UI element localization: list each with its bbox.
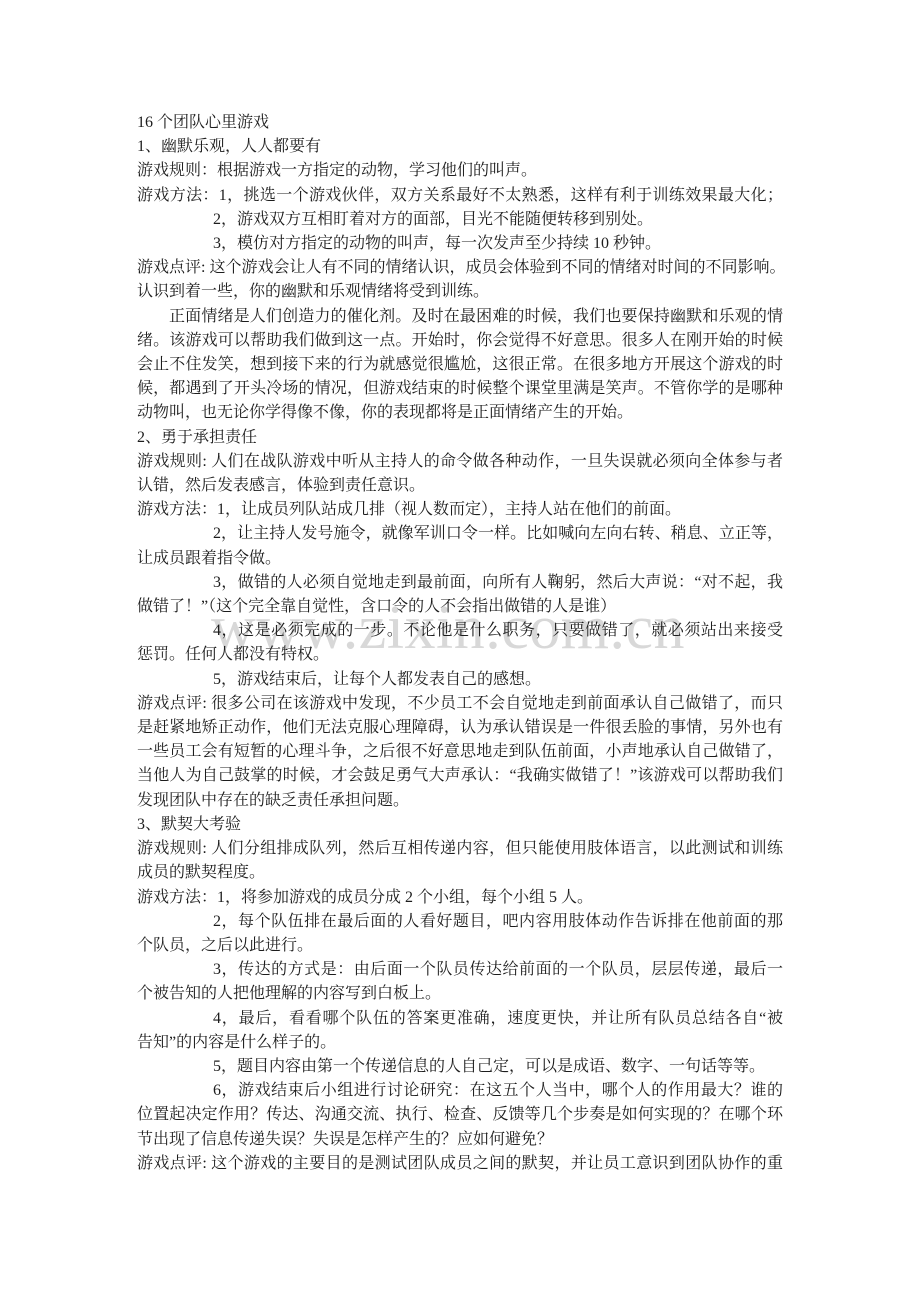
text-line: 4，这是必须完成的一步。不论他是什么职务，只要做错了，就必须站出来接受: [137, 619, 783, 643]
text-line: 游戏方法：1，挑选一个游戏伙伴，双方关系最好不太熟悉，这样有利于训练效果最大化；: [137, 184, 783, 208]
text-line: 正面情绪是人们创造力的催化剂。及时在最困难的时候，我们也要保持幽默和乐观的情: [137, 305, 783, 329]
text-line: 3，传达的方式是：由后面一个队员传达给前面的一个队员，层层传递，最后一: [137, 958, 783, 982]
text-line: 会止不住发笑，想到接下来的行为就感觉很尴尬，这很正常。在很多地方开展这个游戏的时: [137, 353, 783, 377]
text-line: 告知”的内容是什么样子的。: [137, 1031, 783, 1055]
text-line: 认错，然后发表感言，体验到责任意识。: [137, 474, 783, 498]
text-line: 当他人为自己鼓掌的时候，才会鼓足勇气大声承认：“我确实做错了！”该游戏可以帮助我…: [137, 764, 783, 788]
text-line: 2，游戏双方互相盯着对方的面部，目光不能随便转移到别处。: [137, 208, 783, 232]
text-line: 节出现了信息传递失误？失误是怎样产生的？应如何避免？: [137, 1128, 783, 1152]
text-line: 6，游戏结束后小组进行讨论研究：在这五个人当中，哪个人的作用最大？谁的: [137, 1079, 783, 1103]
text-line: 游戏规则: 人们在战队游戏中听从主持人的命令做各种动作，一旦失误就必须向全体参与…: [137, 450, 783, 474]
text-line: 发现团队中存在的缺乏责任承担问题。: [137, 789, 783, 813]
text-line: 惩罚。任何人都没有特权。: [137, 643, 783, 667]
text-line: 游戏规则: 人们分组排成队列，然后互相传递内容，但只能使用肢体语言，以此测试和训…: [137, 837, 783, 861]
text-line: 游戏规则：根据游戏一方指定的动物，学习他们的叫声。: [137, 159, 783, 183]
document-body: 16 个团队心里游戏1、幽默乐观，人人都要有游戏规则：根据游戏一方指定的动物，学…: [137, 111, 783, 1176]
text-line: 个队员，之后以此进行。: [137, 934, 783, 958]
text-line: 让成员跟着指令做。: [137, 547, 783, 571]
text-line: 一些员工会有短暂的心理斗争，之后很不好意思地走到队伍前面，小声地承认自己做错了，: [137, 740, 783, 764]
text-line: 2，让主持人发号施令，就像军训口令一样。比如喊向左向右转、稍息、立正等，: [137, 522, 783, 546]
text-line: 位置起决定作用？传达、沟通交流、执行、检查、反馈等几个步奏是如何实现的？在哪个环: [137, 1103, 783, 1127]
text-line: 成员的默契程度。: [137, 861, 783, 885]
text-line: 3，做错的人必须自觉地走到最前面，向所有人鞠躬，然后大声说：“对不起，我: [137, 571, 783, 595]
text-line: 动物叫，也无论你学得像不像，你的表现都将是正面情绪产生的开始。: [137, 401, 783, 425]
text-line: 5，题目内容由第一个传递信息的人自己定，可以是成语、数字、一句话等等。: [137, 1055, 783, 1079]
text-line: 3、默契大考验: [137, 813, 783, 837]
text-line: 游戏点评: 很多公司在该游戏中发现，不少员工不会自觉地走到前面承认自己做错了，而…: [137, 692, 783, 716]
text-line: 绪。该游戏可以帮助我们做到这一点。开始时，你会觉得不好意思。很多人在刚开始的时候: [137, 329, 783, 353]
text-line: 1、幽默乐观，人人都要有: [137, 135, 783, 159]
text-line: 2，每个队伍排在最后面的人看好题目，吧内容用肢体动作告诉排在他前面的那: [137, 910, 783, 934]
text-line: 4，最后，看看哪个队伍的答案更准确，速度更快，并让所有队员总结各自“被: [137, 1007, 783, 1031]
text-line: 做错了！”（这个完全靠自觉性，含口令的人不会指出做错的人是谁）: [137, 595, 783, 619]
text-line: 5，游戏结束后，让每个人都发表自己的感想。: [137, 668, 783, 692]
text-line: 2、勇于承担责任: [137, 426, 783, 450]
document-page: www.zixin.com.cn 16 个团队心里游戏1、幽默乐观，人人都要有游…: [0, 0, 920, 1302]
text-line: 认识到着一些，你的幽默和乐观情绪将受到训练。: [137, 280, 783, 304]
text-line: 个被告知的人把他理解的内容写到白板上。: [137, 982, 783, 1006]
text-line: 3，模仿对方指定的动物的叫声，每一次发声至少持续 10 秒钟。: [137, 232, 783, 256]
text-line: 游戏方法：1，将参加游戏的成员分成 2 个小组，每个小组 5 人。: [137, 886, 783, 910]
text-line: 游戏方法：1，让成员列队站成几排（视人数而定），主持人站在他们的前面。: [137, 498, 783, 522]
text-line: 候，都遇到了开头冷场的情况，但游戏结束的时候整个课堂里满是笑声。不管你学的是哪种: [137, 377, 783, 401]
text-line: 16 个团队心里游戏: [137, 111, 783, 135]
text-line: 游戏点评: 这个游戏会让人有不同的情绪认识，成员会体验到不同的情绪对时间的不同影…: [137, 256, 783, 280]
text-line: 游戏点评: 这个游戏的主要目的是测试团队成员之间的默契，并让员工意识到团队协作的…: [137, 1152, 783, 1176]
text-line: 是赶紧地矫正动作，他们无法克服心理障碍，认为承认错误是一件很丢脸的事情，另外也有: [137, 716, 783, 740]
